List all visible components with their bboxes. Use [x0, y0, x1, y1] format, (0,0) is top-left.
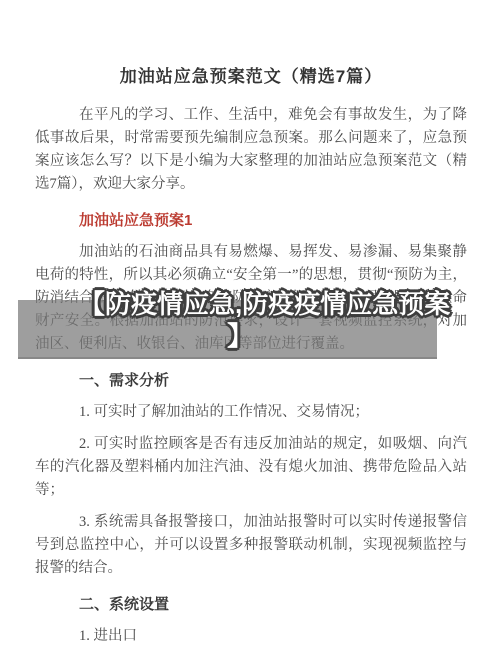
subsection-1-heading: 一、需求分析: [79, 369, 467, 392]
subsection-1-item-3: 3. 系统需具备报警接口，加油站报警时可以实时传递报警信号到总监控中心，并可以设…: [35, 511, 467, 580]
subsection-1-item-1: 1. 可实时了解加油站的工作情况、交易情况；: [35, 401, 467, 424]
subsection-2-item-1: 1. 进出口: [35, 625, 467, 647]
watermark-text-line1: 【防疫情应急,防疫疫情应急预案: [79, 288, 450, 320]
document-page: 加油站应急预案范文（精选7篇） 在平凡的学习、工作、生活中，难免会有事故发生，为…: [0, 0, 500, 647]
subsection-1-item-2: 2. 可实时监控顾客是否有违反加油站的规定，如吸烟、向汽车的汽化器及塑料桶内加注…: [35, 433, 467, 502]
subsection-2-heading: 二、系统设置: [79, 593, 467, 616]
watermark-text-line2: 】: [227, 320, 253, 352]
page-title: 加油站应急预案范文（精选7篇）: [35, 62, 467, 87]
section-heading: 加油站应急预案1: [79, 209, 467, 232]
intro-paragraph: 在平凡的学习、工作、生活中，难免会有事故发生，为了降低事故后果，时常需要预先编制…: [35, 104, 467, 196]
